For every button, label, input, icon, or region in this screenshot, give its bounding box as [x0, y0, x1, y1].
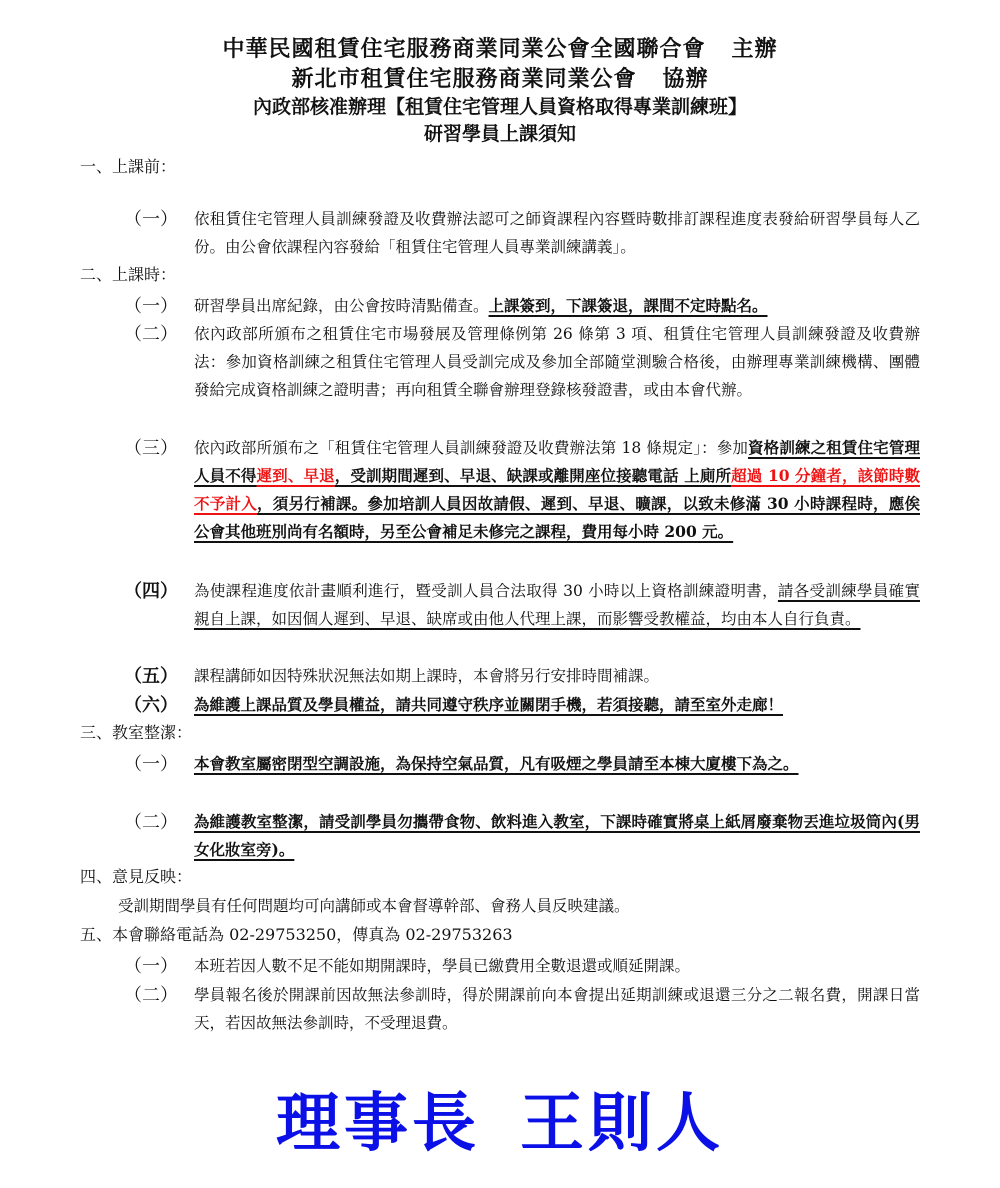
- signature: 理事長王則人: [0, 1072, 1000, 1164]
- item-text: 本班若因人數不足不能如期開課時，學員已繳費用全數退還或順延開課。: [194, 952, 920, 980]
- section-title-classroom: 三、教室整潔：: [80, 722, 192, 744]
- item-number: （四）: [124, 577, 184, 603]
- item-emphasis: 上課簽到，下課簽退，課間不定時點名。: [489, 296, 768, 315]
- item-text: 課程講師如因特殊狀況無法如期上課時，本會將另行安排時間補課。: [194, 662, 920, 690]
- item-text: 依內政部所頒布之租賃住宅市場發展及管理條例第 26 條第 3 項、租賃住宅管理人…: [194, 320, 920, 404]
- item-number: （一）: [124, 292, 184, 318]
- item-text: 研習學員出席紀錄，由公會按時清點備查。: [194, 297, 489, 315]
- item-warning: 遲到、早退: [257, 466, 335, 485]
- document-header: 中華民國租賃住宅服務商業同業公會全國聯合會主辦 新北市租賃住宅服務商業同業公會協…: [0, 34, 1000, 148]
- co-organizer-role: 協辦: [663, 66, 709, 92]
- co-organizer-name: 新北市租賃住宅服務商業同業公會: [291, 66, 636, 92]
- section-title-feedback: 四、意見反映：: [80, 866, 192, 888]
- item-number: （二）: [124, 981, 184, 1007]
- item-emphasis: ，須另行補課。參加培訓人員因故請假、遲到、早退、曠課，以致未修滿 30 小時課程…: [194, 494, 920, 541]
- item-emphasis: 本會教室屬密閉型空調設施，為保持空氣品質，凡有吸煙之學員請至本棟大廈樓下為之。: [194, 754, 799, 773]
- item-text: 為使課程進度依計畫順利進行，暨受訓人員合法取得 30 小時以上資格訓練證明書，: [194, 582, 778, 600]
- organizer-name: 中華民國租賃住宅服務商業同業公會全國聯合會: [222, 36, 705, 62]
- section-title-before-class: 一、上課前：: [80, 156, 176, 178]
- section-title-during-class: 二、上課時：: [80, 264, 176, 286]
- signature-name: 王則人: [520, 1086, 724, 1161]
- item-emphasis: 為維護教室整潔，請受訓學員勿攜帶食物、飲料進入教室，下課時確實將桌上紙屑廢棄物丟…: [194, 812, 920, 859]
- organizer-role: 主辦: [732, 36, 778, 62]
- item-emphasis: 為維護上課品質及學員權益，請共同遵守秩序並關閉手機，若須接聽，請至室外走廊！: [194, 695, 783, 714]
- item-number: （二）: [124, 808, 184, 834]
- feedback-text: 受訓期間學員有任何問題均可向講師或本會督導幹部、會務人員反映建議。: [118, 895, 630, 917]
- co-organizer-line: 新北市租賃住宅服務商業同業公會協辦: [0, 64, 1000, 94]
- course-title: 內政部核准辦理【租賃住宅管理人員資格取得專業訓練班】: [0, 94, 1000, 121]
- item-emphasis: ，受訓期間遲到、早退、缺課或離開座位接聽電話 上廁所: [335, 466, 731, 485]
- item-number: （三）: [124, 434, 184, 460]
- item-number: （二）: [124, 320, 184, 346]
- item-text: 依租賃住宅管理人員訓練發證及收費辦法認可之師資課程內容暨時數排訂課程進度表發給研…: [194, 205, 920, 261]
- item-text: 依內政部所頒布之「租賃住宅管理人員訓練發證及收費辦法第 18 條規定」：參加: [194, 439, 748, 457]
- item-number: （一）: [124, 750, 184, 776]
- item-number: （六）: [124, 691, 184, 717]
- item-number: （一）: [124, 205, 184, 231]
- item-number: （一）: [124, 952, 184, 978]
- signature-title: 理事長: [276, 1086, 480, 1161]
- section-title-contact: 五、本會聯絡電話為 02-29753250，傳真為 02-29753263: [80, 924, 513, 946]
- item-number: （五）: [124, 662, 184, 688]
- document-title: 研習學員上課須知: [0, 121, 1000, 148]
- organizer-line: 中華民國租賃住宅服務商業同業公會全國聯合會主辦: [0, 34, 1000, 64]
- item-text: 學員報名後於開課前因故無法參訓時，得於開課前向本會提出延期訓練或退還三分之二報名…: [194, 981, 920, 1037]
